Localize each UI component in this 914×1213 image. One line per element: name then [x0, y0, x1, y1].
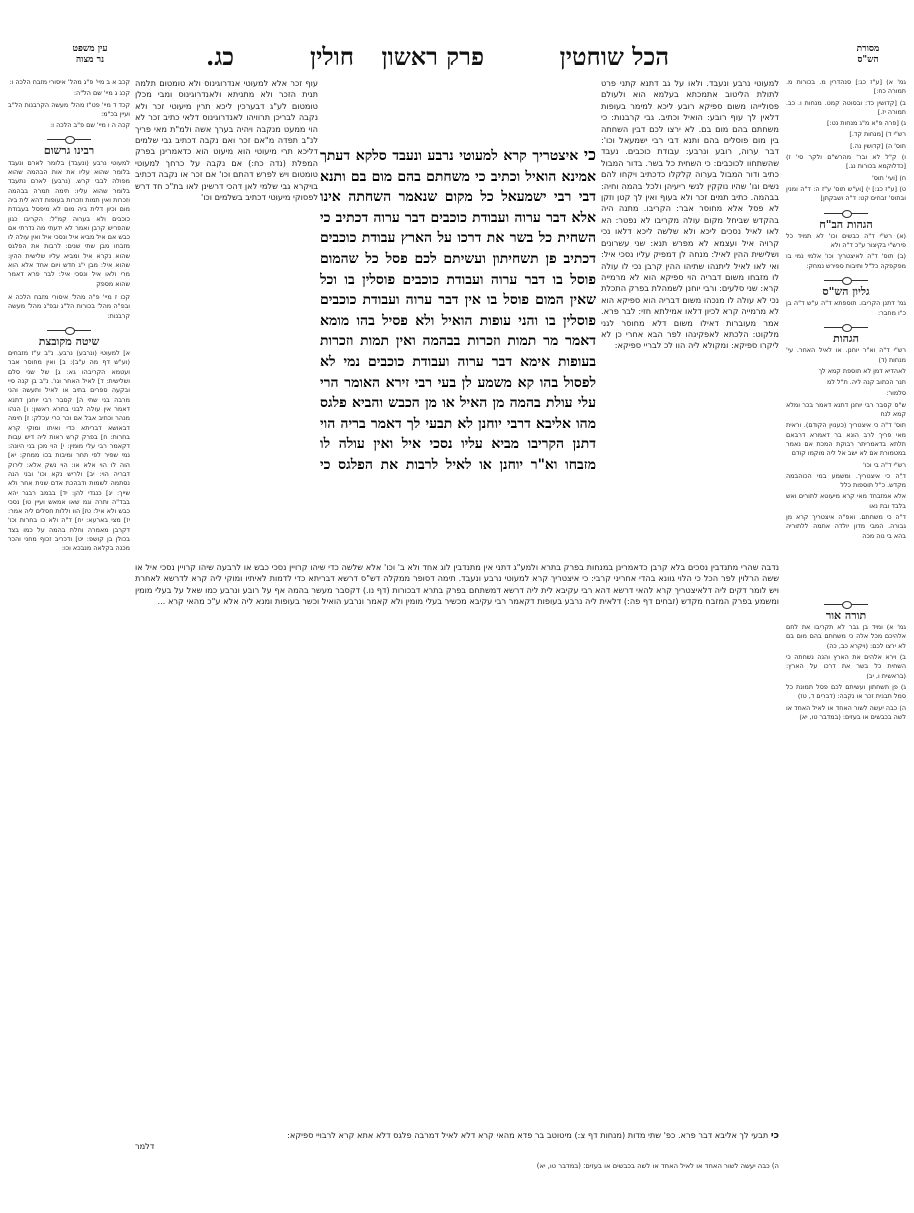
- ein-mishpat-entry: קכג ג מיי' שם הל"ה:: [8, 89, 130, 98]
- rashi-text: למעוטי נרבע ונעבד. ולאו על גב דתנא קתני …: [601, 78, 779, 350]
- rashi-commentary: למעוטי נרבע ונעבד. ולאו על גב דתנא קתני …: [601, 78, 779, 563]
- tractate-name: חולין: [310, 42, 354, 72]
- page-header: מסורת הש"ס הכל שוחטין פרק ראשון חולין כג…: [0, 40, 914, 70]
- footnote-text: ה) כבה יעשה לשור האחד או לאיל האחד או לש…: [537, 1162, 779, 1170]
- ein-mishpat-entry: קכה ה ו מיי' שם פ"ב הלכה ו:: [8, 121, 130, 130]
- habach-entry: (א) רש"י ד"ה כבשים וכו' לא תמיד כל פירש"…: [786, 232, 906, 251]
- torah-or-entry: ב) וירא אלהים את הארץ והנה נשחתה כי השחי…: [786, 653, 906, 681]
- ornament-divider: [47, 136, 91, 142]
- hagahot-entry: תוס' ד"ה כי איצטריך (כענוין הקודם). וראי…: [786, 421, 906, 458]
- rashi-top-center: רש"י: [320, 78, 596, 140]
- main-body: איצטריך קרא למעוטי נרבע ונעבד סלקא דעתך …: [320, 148, 596, 475]
- masoret-entry: ב) [קדושין כד: ובסוטה קמט. מנחות ו. כב. …: [786, 99, 906, 118]
- ein-mishpat-header: עין משפט נר מצוה: [55, 44, 125, 66]
- hagahot-habach-section: הגהות הב"ח (א) רש"י ד"ה כבשים וכו' לא תמ…: [786, 220, 906, 271]
- rabbeinu-gershom-title: רבינו גרשום: [8, 146, 130, 155]
- gilyon-entry: גמ' דתנן הקריבו. תוספתא ד"ה ע"ש ד"ה בן כ…: [786, 299, 906, 318]
- left-margin-column: קכב א ב מיי' פ"ג מהל' איסורי מזבח הלכה ו…: [8, 78, 130, 1148]
- rabbeinu-gershom-text: למעוטי נרבע (ונעבד) בלומר לארם ונעבד בלו…: [8, 159, 130, 289]
- hagahot-section: הגהות רש"י ד"ה וא"ר יוחנן. או לאיל האחר.…: [786, 334, 906, 541]
- masoret-hashas-section: גמ' א) [ע"ז כג:] סנהדרין מ. בכורות מ. תמ…: [786, 78, 906, 204]
- tosafot-final-text: תבעי לך אליבא דבר פרא. כפ' שתי מדות (מנח…: [287, 1130, 768, 1140]
- chapter-title: הכל שוחטין: [560, 42, 669, 72]
- torah-or-entry: ה) כבה יעשה לשור האחד או לאיל האחד או לש…: [786, 704, 906, 723]
- masoret-entry: ח) [ועי' תוס': [786, 174, 906, 183]
- masoret-label-line1: מסורת: [838, 44, 898, 55]
- masoret-entry: תוס' ה) [קדושין נה.]: [786, 142, 906, 151]
- hagahot-entry: ש"ס קסבר רבי יוחנן דתנא דאמר בכר ומלא קמ…: [786, 401, 906, 420]
- torah-or-entry: ג) פן תשחתון ועשיתם לכם פסל תמונת כל סמל…: [786, 683, 906, 702]
- hagahot-entry: תנר הכתוב קנה ליה. ת"ל למ: [786, 378, 906, 387]
- tosafot-lower-text: נדבה שהרי מתנדבין נסכים בלא קרבן כדאמרינ…: [135, 562, 779, 606]
- rabbeinu-gershom-section: רבינו גרשום למעוטי נרבע (ונעבד) בלומר לא…: [8, 146, 130, 320]
- masoret-label-line2: הש"ס: [838, 55, 898, 66]
- ein-mishpat-section: קכב א ב מיי' פ"ג מהל' איסורי מזבח הלכה ו…: [8, 78, 130, 130]
- hagahot-title: הגהות: [786, 334, 906, 343]
- hagahot-habach-title: הגהות הב"ח: [786, 220, 906, 229]
- torah-or-entry: גמ' א) ומיד בן גבר לא תקריבו את לחם אלהי…: [786, 623, 906, 651]
- hagahot-entry: ד"ה כי משחתם. ואפ"ה איצטריך קרא מן גבורה…: [786, 513, 906, 541]
- masoret-entry: ג) [פרה פ"א מ"ג מנחות נט:]: [786, 119, 906, 128]
- hagahot-entry: לאהדיא דמן לא תוספת קמא לך: [786, 367, 906, 376]
- ornament-divider: [824, 210, 868, 216]
- tosafot-final: כי תבעי לך אליבא דבר פרא. כפ' שתי מדות (…: [135, 1130, 779, 1160]
- torah-or-section: תורה אור גמ' א) ומיד בן גבר לא תקריבו את…: [786, 611, 906, 722]
- gilyon-hashas-title: גליון הש"ס: [786, 287, 906, 296]
- ein-mishpat-extra: קכו ז מיי' פ"ה מהל' איסורי מזבח הלכה א ו…: [8, 293, 130, 321]
- tosafot-lower: נדבה שהרי מתנדבין נסכים בלא קרבן כדאמרינ…: [135, 562, 779, 1162]
- tosafot-upper-text: עוף זכר אלא למעוטי אנדרוגינוס ולא טומטום…: [135, 78, 318, 202]
- hagahot-entry: ד"ה כי איצטריך. ומשמע במי הכוהבמה מקדש. …: [786, 472, 906, 491]
- masoret-entry: ו) ק"ל לא ובר' מהרש"ם ולקר סי' ז) [כדלוק…: [786, 153, 906, 172]
- gilyon-hashas-section: גליון הש"ס גמ' דתנן הקריבו. תוספתא ד"ה ע…: [786, 287, 906, 318]
- gemara-main-text: כי איצטריך קרא למעוטי נרבע ונעבד סלקא דע…: [320, 145, 596, 475]
- hagahot-entry: סלמור:: [786, 389, 906, 398]
- hagahot-entry: אלא אמזבחד מאי קרא מיעוטא לתורים ואש בלב…: [786, 492, 906, 511]
- folio-number: כג.: [206, 42, 234, 72]
- ein-mishpat-entry: קכב א ב מיי' פ"ג מהל' איסורי מזבח הלכה ו…: [8, 78, 130, 87]
- ein-mishpat-label-line1: עין משפט: [55, 44, 125, 55]
- masoret-entry: רש"י ד) [מנחות קד.]: [786, 130, 906, 139]
- torah-or-footnote-line: ה) כבה יעשה לשור האחד או לאיל האחד או לש…: [135, 1162, 779, 1176]
- ein-mishpat-label-line2: נר מצוה: [55, 55, 125, 66]
- habach-entry: (ב) תוס' ד"ה לאיצטריך וכו' אלמי נמי בו מ…: [786, 252, 906, 271]
- shita-mekubetzet-text: א] למעוטי (ונרבע) נרבע. נ"ב ע"ז מזבחים (…: [8, 349, 130, 554]
- tosafot-closing-word: דלמר: [135, 1141, 779, 1152]
- shita-mekubetzet-title: שיטה מקובצת: [8, 337, 130, 346]
- hagahot-entry: רש"י ד"ה בי וכו': [786, 461, 906, 470]
- shita-mekubetzet-section: שיטה מקובצת א] למעוטי (ונרבע) נרבע. נ"ב …: [8, 337, 130, 554]
- ornament-divider: [824, 601, 868, 607]
- ein-mishpat-entry: קכד ד מיי' פט"ז מהל' מעשה הקרבנות הל"ב ו…: [8, 101, 130, 120]
- ornament-divider: [47, 327, 91, 333]
- masoret-entry: ט) [ע"ז כג:] י) [וע"ש תוס' ע"ז ה: ד"ה ומ…: [786, 185, 906, 204]
- ornament-divider: [824, 277, 868, 283]
- hagahot-entry: רש"י ד"ה וא"ר יוחנן. או לאיל האחר. עי' מ…: [786, 346, 906, 365]
- main-opening-word: כי: [584, 145, 596, 164]
- tosafot-final-opening: כי: [771, 1130, 779, 1141]
- tosafot-upper: עוף זכר אלא למעוטי אנדרוגינוס ולא טומטום…: [135, 78, 318, 563]
- right-margin-column: גמ' א) [ע"ז כג:] סנהדרין מ. בכורות מ. תמ…: [786, 78, 906, 1208]
- masoret-hashas-header: מסורת הש"ס: [838, 44, 898, 66]
- masoret-entry: גמ' א) [ע"ז כג:] סנהדרין מ. בכורות מ. תמ…: [786, 78, 906, 97]
- ornament-divider: [824, 324, 868, 330]
- torah-or-title: תורה אור: [786, 611, 906, 620]
- perek-label: פרק ראשון: [382, 42, 485, 72]
